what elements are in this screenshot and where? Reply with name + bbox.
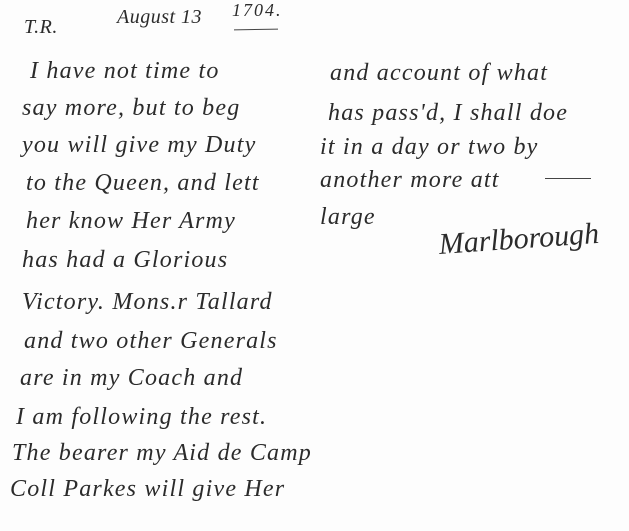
letter-year: 1704.	[232, 0, 283, 21]
letter-line: it in a day or two by	[320, 134, 539, 161]
letter-line: and two other Generals	[24, 328, 278, 355]
year-underline	[234, 29, 278, 31]
letter-reference: T.R.	[24, 16, 58, 39]
letter-line: and account of what	[330, 60, 548, 87]
letter-line: has pass'd, I shall doe	[328, 100, 568, 127]
letter-line: I have not time to	[30, 58, 220, 85]
letter-line: Coll Parkes will give Her	[10, 476, 285, 503]
letter-line: to the Queen, and lett	[26, 170, 260, 197]
letter-line: Victory. Mons.r Tallard	[22, 289, 273, 316]
strikethrough-mark	[545, 178, 591, 179]
letter-line: her know Her Army	[26, 208, 236, 235]
letter-line: you will give my Duty	[22, 132, 256, 159]
letter-line: has had a Glorious	[22, 247, 228, 274]
letter-line: large	[320, 204, 376, 231]
letter-line: I am following the rest.	[16, 404, 267, 431]
letter-line: The bearer my Aid de Camp	[12, 440, 312, 467]
letter-date: August 13	[117, 6, 202, 29]
letter-line: another more att	[320, 167, 500, 194]
letter-line: say more, but to beg	[22, 95, 240, 122]
letter-line: are in my Coach and	[20, 365, 243, 392]
letter-page: T.R. August 13 1704. I have not time to …	[0, 0, 629, 531]
signature: Marlborough	[438, 217, 601, 262]
